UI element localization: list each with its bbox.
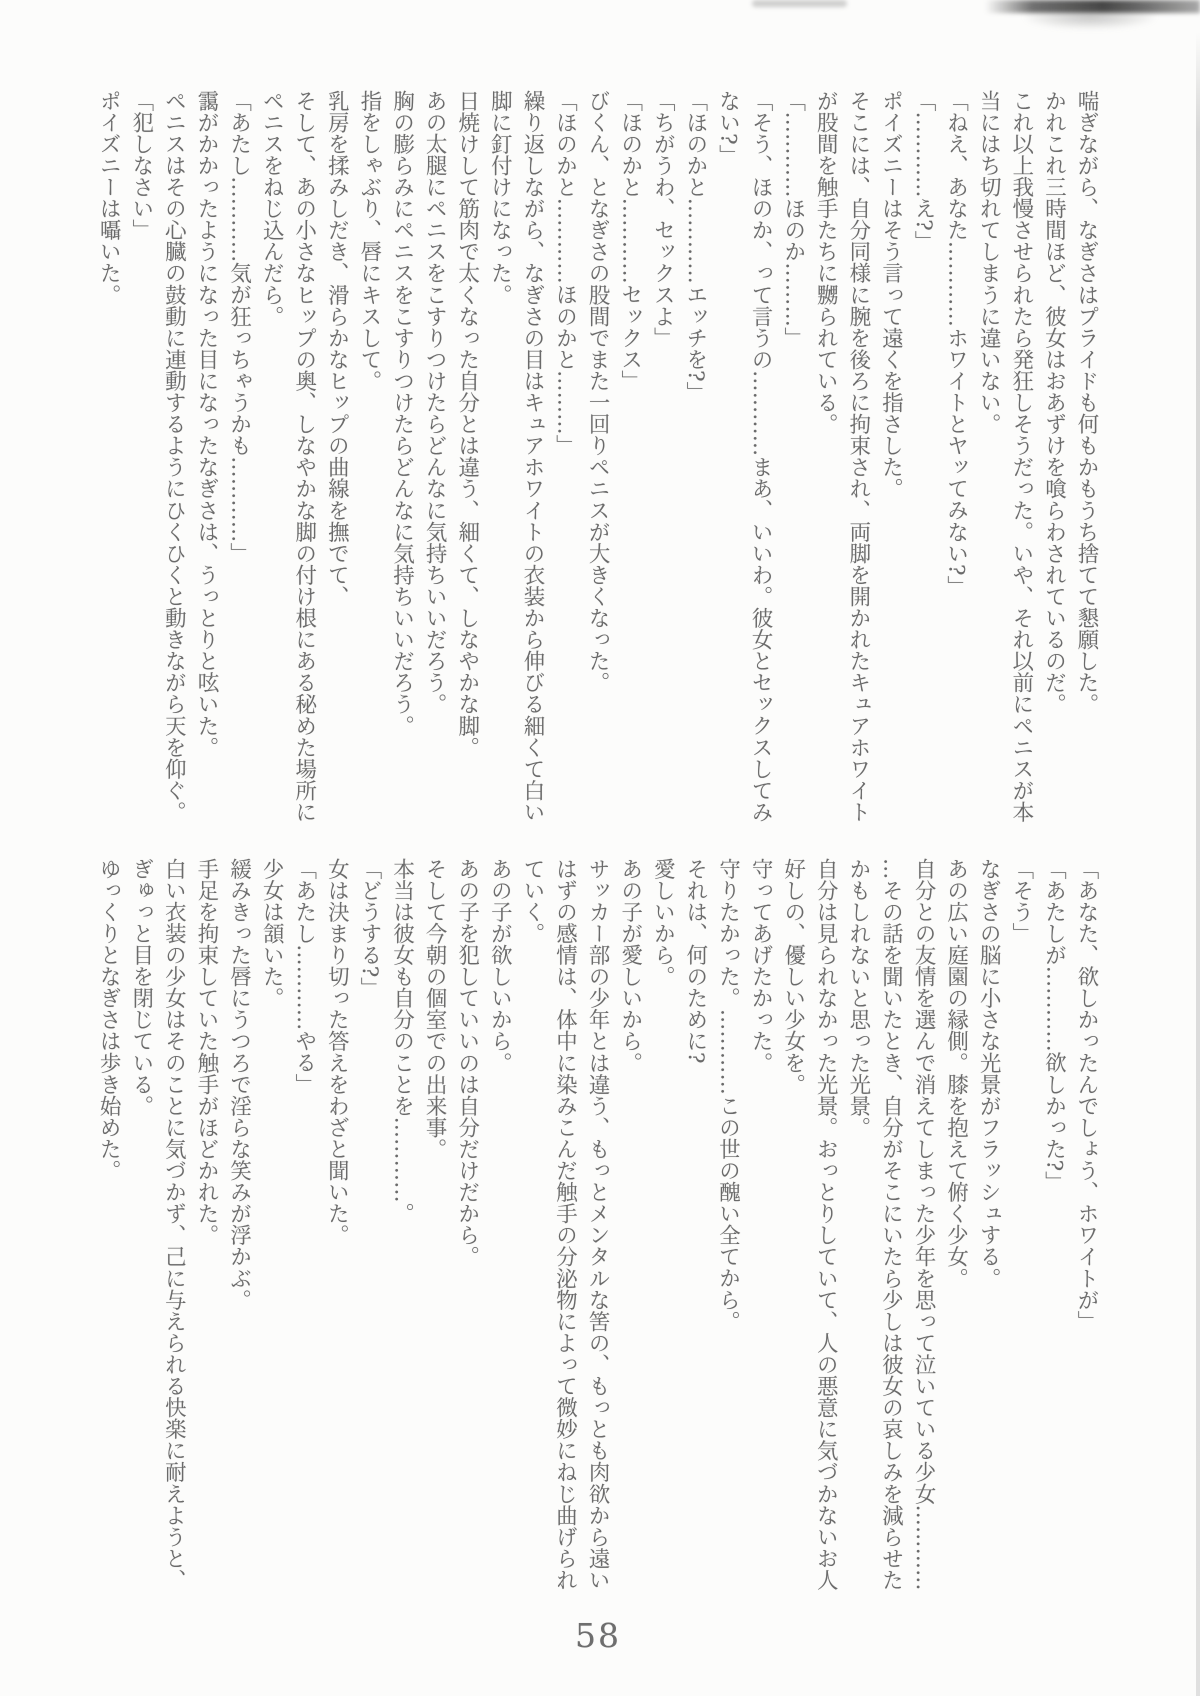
text-paragraph: …その話を聞いたとき、自分がそこにいたら少しは彼女の哀しみを減らせたかもしれない… <box>841 858 906 1598</box>
text-paragraph: ポイズニーは囁いた。 <box>92 90 125 830</box>
text-paragraph: あの太腿にペニスをこすりつけたらどんなに気持ちいいだろう。 <box>418 90 451 830</box>
text-paragraph: びくん、となぎさの股間でまた一回りペニスが大きくなった。 <box>581 90 614 830</box>
text-paragraph: 女は決まり切った答えをわざと聞いた。 <box>320 858 353 1598</box>
text-paragraph: 「そう」 <box>1004 858 1037 1598</box>
text-paragraph: 本当は彼女も自分のことを…………。 <box>385 858 418 1598</box>
text-paragraph: 手足を拘束していた触手がほどかれた。 <box>189 858 222 1598</box>
text-paragraph: ゆっくりとなぎさは歩き始めた。 <box>92 858 125 1598</box>
text-paragraph: あの広い庭園の縁側。膝を抱えて俯く少女。 <box>939 858 972 1598</box>
text-paragraph: 少女は頷いた。 <box>255 858 288 1598</box>
text-paragraph: 「あたしが…………欲しかった?」 <box>1037 858 1070 1598</box>
scan-edge-shadow <box>1196 32 1200 1696</box>
text-paragraph: ペニスはその心臓の鼓動に連動するようにひくひくと動きながら天を仰ぐ。 <box>157 90 190 830</box>
text-paragraph: なぎさの脳に小さな光景がフラッシュする。 <box>972 858 1005 1598</box>
text-paragraph: 日焼けして筋肉で太くなった自分とは違う、細くて、しなやかな脚。 <box>450 90 483 830</box>
scan-smudge-top-blob <box>1025 5 1155 29</box>
text-paragraph: そして今朝の個室での出来事。 <box>418 858 451 1598</box>
text-paragraph: 「犯しなさい」 <box>124 90 157 830</box>
text-paragraph: サッカー部の少年とは違う、もっとメンタルな筈の、もっとも肉欲から遠いはずの感情は… <box>515 858 613 1598</box>
text-paragraph: 繰り返しながら、なぎさの目はキュアホワイトの衣装から伸びる細くて白い脚に釘付けに… <box>483 90 548 830</box>
text-paragraph: 「どうする?」 <box>352 858 385 1598</box>
text-paragraph: それは、何のために? <box>678 858 711 1598</box>
text-paragraph: 靄がかかったようになった目になったなぎさは、うっとりと呟いた。 <box>189 90 222 830</box>
text-paragraph: これ以上我慢させられたら発狂しそうだった。いや、それ以前にペニスが本当にはち切れ… <box>972 90 1037 830</box>
text-paragraph: ポイズニーはそう言って遠くを指さした。 <box>874 90 907 830</box>
scanned-novel-page: { "page": { "number": "58", "background_… <box>0 0 1200 1696</box>
text-paragraph: そこには、自分同様に腕を後ろに拘束され、両脚を開かれたキュアホワイトが股間を触手… <box>809 90 874 830</box>
text-paragraph: そして、あの小さなヒップの奥、しなやかな脚の付け根にある秘めた場所にペニスをねじ… <box>255 90 320 830</box>
text-paragraph: 守ってあげたかった。 <box>743 858 776 1598</box>
text-paragraph: 「あたし…………やる」 <box>287 858 320 1598</box>
text-paragraph: 喘ぎながら、なぎさはプライドも何もかもうち捨てて懇願した。 <box>1069 90 1102 830</box>
scan-smudge-top-faint <box>752 0 847 7</box>
text-paragraph: 「ほのかと…………ほのかと………」 <box>548 90 581 830</box>
text-paragraph: あの子を犯していいのは自分だけだから。 <box>450 858 483 1598</box>
text-paragraph: 「…………え?」 <box>906 90 939 830</box>
text-paragraph: 自分との友情を選んで消えてしまった少年を思って泣いている少女………… <box>906 858 939 1598</box>
text-paragraph: あの子が欲しいから。 <box>483 858 516 1598</box>
text-paragraph: 「そう、ほのか、って言うの…………まあ、いいわ。彼女とセックスしてみない?」 <box>711 90 776 830</box>
text-paragraph: 乳房を揉みしだき、滑らかなヒップの曲線を撫でて、 <box>320 90 353 830</box>
text-paragraph: あの子が愛しいから。 <box>613 858 646 1598</box>
text-paragraph: 守りたかった。…………この世の醜い全てから。 <box>711 858 744 1598</box>
text-paragraph: 緩みきった唇にうつろで淫らな笑みが浮かぶ。 <box>222 858 255 1598</box>
page-number: 58 <box>0 1616 1196 1655</box>
text-paragraph: 「あたし…………気が狂っちゃうかも…………」 <box>222 90 255 830</box>
text-paragraph: 「あなた、欲しかったんでしょう、ホワイトが」 <box>1069 858 1102 1598</box>
text-paragraph: 指をしゃぶり、唇にキスして。 <box>352 90 385 830</box>
text-paragraph: 胸の膨らみにペニスをこすりつけたらどんなに気持ちいいだろう。 <box>385 90 418 830</box>
text-paragraph: 「ねえ、あなた…………ホワイトとヤッてみない?」 <box>939 90 972 830</box>
top-text-block: 喘ぎながら、なぎさはプライドも何もかもうち捨てて懇願した。かれこれ三時間ほど、彼… <box>88 90 1102 830</box>
text-paragraph: 愛しいから。 <box>646 858 679 1598</box>
text-paragraph: かれこれ三時間ほど、彼女はおあずけを喰らわされているのだ。 <box>1037 90 1070 830</box>
text-paragraph: 自分は見られなかった光景。おっとりしていて、人の悪意に気づかないお人好しの、優し… <box>776 858 841 1598</box>
text-paragraph: 「ほのかと…………セックス」 <box>613 90 646 830</box>
bottom-text-block: 「あなた、欲しかったんでしょう、ホワイトが」「あたしが…………欲しかった?」「そ… <box>88 858 1102 1598</box>
text-paragraph: 「…………ほのか………」 <box>776 90 809 830</box>
text-paragraph: 「ちがうわ、セックスよ」 <box>646 90 679 830</box>
text-paragraph: 白い衣装の少女はそのことに気づかず、己に与えられる快楽に耐えようと、ぎゅっと目を… <box>124 858 189 1598</box>
text-paragraph: 「ほのかと…………エッチを?」 <box>678 90 711 830</box>
